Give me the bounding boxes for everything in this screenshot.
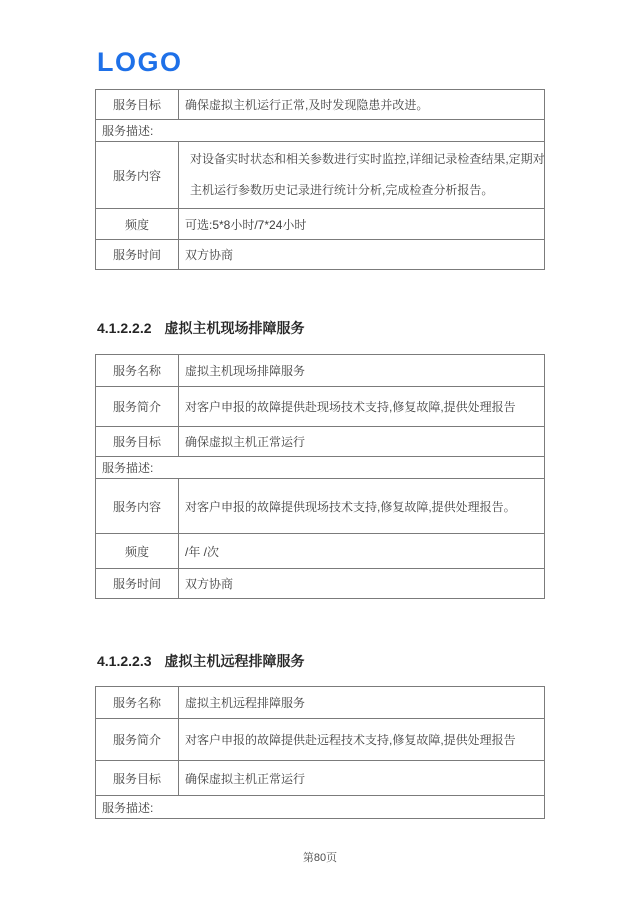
company-logo: LOGO [97,47,545,78]
table-row: 服务目标 确保虚拟主机运行正常,及时发现隐患并改进。 [96,90,545,120]
row-label-goal: 服务目标 [96,761,179,796]
row-value-name: 虚拟主机远程排障服务 [179,687,545,719]
row-label-name: 服务名称 [96,687,179,719]
table-row: 服务简介 对客户申报的故障提供赴现场技术支持,修复故障,提供处理报告 [96,387,545,427]
table-row: 服务描述: [96,457,545,479]
row-value-goal: 确保虚拟主机运行正常,及时发现隐患并改进。 [179,90,545,120]
remote-troubleshooting-table: 服务名称 虚拟主机远程排障服务 服务简介 对客户申报的故障提供赴远程技术支持,修… [95,686,545,819]
row-label-goal: 服务目标 [96,90,179,120]
table-row: 服务描述: [96,120,545,142]
row-label-intro: 服务简介 [96,719,179,761]
row-label-service-time: 服务时间 [96,569,179,599]
row-label-name: 服务名称 [96,355,179,387]
document-page: LOGO 服务目标 确保虚拟主机运行正常,及时发现隐患并改进。 服务描述: 服务… [95,47,545,865]
table-row: 服务内容 对设备实时状态和相关参数进行实时监控,详细记录检查结果,定期对虚拟 主… [96,142,545,209]
row-label-service-time: 服务时间 [96,240,179,270]
table-row: 服务名称 虚拟主机现场排障服务 [96,355,545,387]
table-row: 服务简介 对客户申报的故障提供赴远程技术支持,修复故障,提供处理报告 [96,719,545,761]
onsite-troubleshooting-table: 服务名称 虚拟主机现场排障服务 服务简介 对客户申报的故障提供赴现场技术支持,修… [95,354,545,599]
row-value-frequency: 可选:5*8小时/7*24小时 [179,209,545,240]
table-row: 服务目标 确保虚拟主机正常运行 [96,427,545,457]
row-label-content: 服务内容 [96,479,179,534]
section-heading-onsite: 4.1.2.2.2虚拟主机现场排障服务 [97,318,545,338]
row-value-service-time: 双方协商 [179,240,545,270]
table-row: 服务目标 确保虚拟主机正常运行 [96,761,545,796]
table-row: 频度 可选:5*8小时/7*24小时 [96,209,545,240]
monitoring-service-table: 服务目标 确保虚拟主机运行正常,及时发现隐患并改进。 服务描述: 服务内容 对设… [95,89,545,270]
section-title: 虚拟主机远程排障服务 [165,653,305,669]
section-number: 4.1.2.2.2 [97,320,152,336]
content-line-1: 对设备实时状态和相关参数进行实时监控,详细记录检查结果,定期对虚拟 [190,144,538,175]
table-row: 服务时间 双方协商 [96,569,545,599]
row-label-description: 服务描述: [96,120,545,142]
row-value-frequency: /年 /次 [179,534,545,569]
table-row: 服务内容 对客户申报的故障提供现场技术支持,修复故障,提供处理报告。 [96,479,545,534]
table-row: 频度 /年 /次 [96,534,545,569]
row-value-name: 虚拟主机现场排障服务 [179,355,545,387]
row-label-intro: 服务简介 [96,387,179,427]
row-label-description: 服务描述: [96,796,545,819]
row-value-goal: 确保虚拟主机正常运行 [179,761,545,796]
row-label-goal: 服务目标 [96,427,179,457]
row-label-frequency: 频度 [96,209,179,240]
table-row: 服务名称 虚拟主机远程排障服务 [96,687,545,719]
row-value-intro: 对客户申报的故障提供赴现场技术支持,修复故障,提供处理报告 [179,387,545,427]
table-row: 服务描述: [96,796,545,819]
page-number: 第80页 [95,849,545,865]
row-label-description: 服务描述: [96,457,545,479]
row-label-frequency: 频度 [96,534,179,569]
table-row: 服务时间 双方协商 [96,240,545,270]
row-value-goal: 确保虚拟主机正常运行 [179,427,545,457]
section-title: 虚拟主机现场排障服务 [165,320,305,336]
content-line-2: 主机运行参数历史记录进行统计分析,完成检查分析报告。 [190,175,538,206]
row-value-intro: 对客户申报的故障提供赴远程技术支持,修复故障,提供处理报告 [179,719,545,761]
row-value-service-time: 双方协商 [179,569,545,599]
section-number: 4.1.2.2.3 [97,653,152,669]
row-value-content: 对客户申报的故障提供现场技术支持,修复故障,提供处理报告。 [179,479,545,534]
row-label-content: 服务内容 [96,142,179,209]
section-heading-remote: 4.1.2.2.3虚拟主机远程排障服务 [97,651,545,671]
row-value-content: 对设备实时状态和相关参数进行实时监控,详细记录检查结果,定期对虚拟 主机运行参数… [179,142,545,209]
